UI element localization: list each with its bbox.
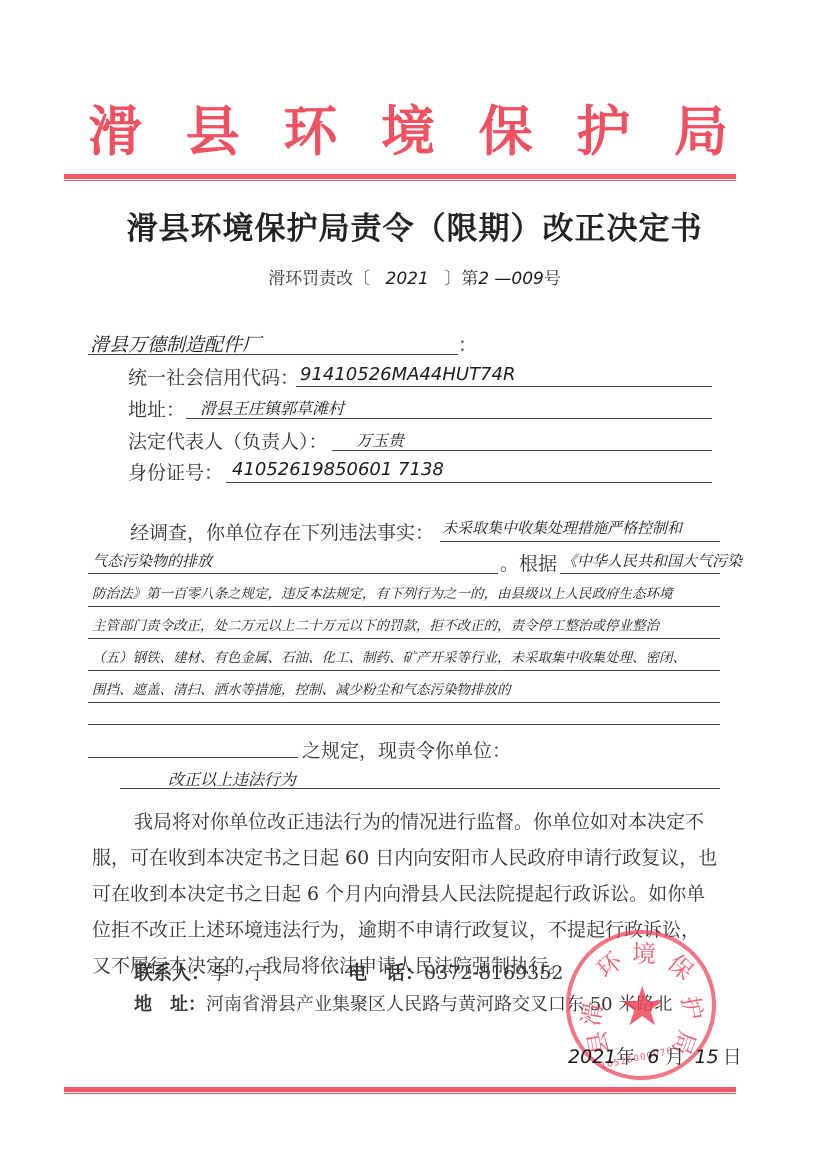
letterhead-char: 局	[674, 89, 728, 166]
recipient-underline	[88, 354, 458, 355]
star-icon: ★	[618, 980, 666, 1034]
doc-number-value: 2 —009	[478, 269, 544, 289]
blank-underline	[88, 724, 720, 725]
basis-underline-3	[88, 638, 720, 639]
legal-basis-line1: 《中华人民共和国大气污染	[562, 547, 742, 575]
address-value: 滑县王庄镇郭草滩村	[200, 396, 344, 419]
basis-label: 。根据	[500, 549, 557, 576]
appeal-notice-line: 可在收到本决定书之日起 6 个月内向滑县人民法院提起行政诉讼。如你单	[92, 876, 732, 912]
investigation-intro: 经调查，你单位存在下列违法事实：	[130, 518, 434, 545]
legal-rep-value: 万玉贵	[356, 428, 404, 451]
appeal-notice-line: 服，可在收到本决定书之日起 60 日内向安阳市人民政府申请行政复议，也	[92, 840, 732, 876]
letterhead-char: 护	[576, 89, 630, 166]
doc-number-prefix: 滑环罚责改〔	[268, 269, 370, 289]
recipient-name: 滑县万德制造配件厂	[90, 330, 261, 357]
seal-char: 滑	[571, 999, 610, 1029]
seal-char: 护	[675, 993, 714, 1023]
id-number-label: 身份证号：	[128, 458, 223, 485]
letterhead-char: 保	[479, 89, 533, 166]
order-underline	[120, 788, 720, 789]
doc-number-suffix: 号	[544, 269, 561, 289]
id-number-value: 41052619850601 7138	[232, 459, 444, 480]
legal-basis-line5: 围挡、遮盖、清扫、洒水等措施，控制、减少粉尘和气态污染物排放的	[92, 676, 511, 704]
basis-underline-1	[560, 573, 720, 574]
id-number-underline	[226, 482, 712, 483]
basis-underline-4	[88, 670, 720, 671]
legal-basis-line3: 主管部门责令改正，处二万元以上二十万元以下的罚款，拒不改正的，责令停工整治或停业…	[92, 612, 659, 640]
order-text: 改正以上违法行为	[168, 766, 296, 794]
letterhead-divider	[64, 174, 736, 181]
credit-code-value: 91410526MA44HUT74R	[300, 364, 515, 385]
contact-phone-label: 电 话：	[348, 962, 424, 984]
violation-fact-line1: 未采取集中收集处理措施严格控制和	[442, 514, 682, 542]
legal-rep-label: 法定代表人（负责人）：	[128, 427, 328, 454]
letterhead-char: 滑	[88, 89, 142, 166]
date-day: 15	[695, 1046, 719, 1068]
recipient-colon: ：	[458, 330, 477, 357]
contact-phone-value: 0372-8169352	[424, 962, 563, 984]
appeal-notice-line: 我局将对你单位改正违法行为的情况进行监督。你单位如对本决定不	[92, 804, 732, 840]
credit-code-underline	[296, 386, 712, 387]
credit-code-label: 统一社会信用代码：	[128, 363, 299, 390]
seal-char: 境	[632, 934, 656, 969]
footer-divider	[64, 1087, 736, 1094]
closing-underline	[88, 757, 298, 758]
date-year-label: 年	[616, 1046, 635, 1068]
document-number: 滑环罚责改〔 2021 〕第2 —009号	[0, 264, 829, 289]
fact-underline-1	[440, 541, 720, 542]
doc-number-mid: 〕第	[444, 269, 478, 289]
letterhead-char: 环	[283, 89, 337, 166]
document-title: 滑县环境保护局责令（限期）改正决定书	[0, 203, 829, 248]
basis-underline-5	[88, 702, 720, 703]
address-label: 地址：	[128, 395, 185, 422]
doc-number-year: 2021	[386, 269, 429, 289]
legal-rep-underline	[332, 450, 712, 451]
contact-address-label: 地 址：	[134, 994, 206, 1015]
contact-person-label: 联系人：	[134, 962, 210, 984]
order-intro: 之规定，现责令你单位：	[302, 736, 511, 763]
issue-date: 2021年 6月 15日	[568, 1042, 742, 1069]
basis-underline-2	[88, 606, 720, 607]
contact-person: 联系人：李 宁	[134, 958, 267, 985]
letterhead-char: 县	[186, 89, 240, 166]
contact-phone: 电 话：0372-8169352	[348, 958, 563, 985]
fact-underline-2	[88, 573, 498, 574]
date-month-label: 月	[666, 1046, 685, 1068]
date-month: 6	[647, 1046, 659, 1068]
legal-basis-line2: 防治法》第一百零八条之规定，违反本法规定，有下列行为之一的，由县级以上人民政府生…	[92, 580, 673, 608]
address-underline	[186, 418, 712, 419]
letterhead-title: 滑 县 环 境 保 护 局	[88, 92, 728, 162]
date-year: 2021	[568, 1046, 616, 1068]
legal-basis-line4: （五）钢铁、建材、有色金属、石油、化工、制药、矿产开采等行业，未采取集中收集处理…	[92, 644, 686, 672]
letterhead-char: 境	[381, 89, 435, 166]
violation-fact-line2: 气态污染物的排放	[92, 547, 212, 575]
date-day-label: 日	[723, 1046, 742, 1068]
contact-person-value: 李 宁	[210, 962, 267, 984]
